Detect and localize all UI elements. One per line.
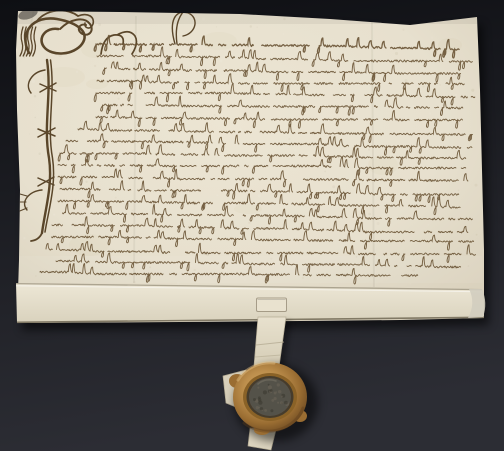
stain bbox=[201, 32, 237, 50]
charter-scene bbox=[0, 0, 504, 451]
stain bbox=[438, 38, 462, 52]
charter-photograph bbox=[0, 0, 504, 451]
plica-fold bbox=[16, 283, 485, 323]
plica-slit bbox=[257, 298, 287, 312]
